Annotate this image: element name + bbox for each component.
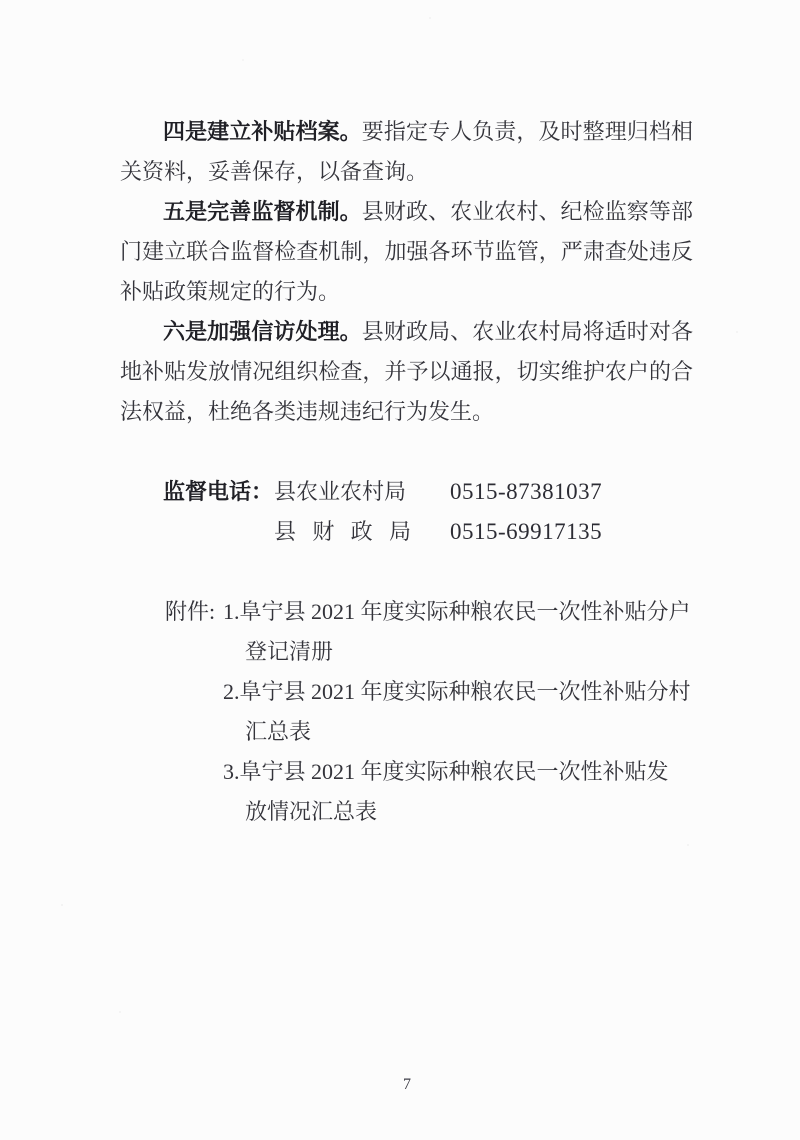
paragraph-five-lead: 五是完善监督机制。: [163, 199, 362, 224]
supervision-row-finance: 县财政局 0515-69917135: [120, 512, 693, 552]
department-name-finance: 县财政局: [274, 512, 411, 552]
document-body: 四是建立补贴档案。要指定专人负责，及时整理归档相关资料，妥善保存，以备查询。 五…: [120, 112, 693, 832]
attachments-label: 附件:: [165, 592, 215, 632]
attachments-block: 附件: 1.阜宁县 2021 年度实际种粮农民一次性补贴分户 登记清册 2.阜宁…: [120, 592, 693, 832]
supervision-row-agriculture: 监督电话： 县农业农村局 0515-87381037: [120, 472, 693, 512]
attachments-list: 1.阜宁县 2021 年度实际种粮农民一次性补贴分户 登记清册 2.阜宁县 20…: [223, 592, 693, 832]
attachment-1-line-1: 1.阜宁县 2021 年度实际种粮农民一次性补贴分户: [223, 592, 693, 632]
attachment-2-line-2: 汇总表: [223, 712, 693, 752]
attachment-3-line-2: 放情况汇总表: [223, 792, 693, 832]
attachment-item-1: 1.阜宁县 2021 年度实际种粮农民一次性补贴分户 登记清册: [223, 592, 693, 672]
paragraph-six-lead: 六是加强信访处理。: [163, 319, 362, 344]
attachment-1-line-2: 登记清册: [223, 632, 693, 672]
supervision-phone-label: 监督电话：: [163, 472, 273, 512]
paragraph-item-six: 六是加强信访处理。县财政局、农业农村局将适时对各地补贴发放情况组织检查，并予以通…: [120, 312, 693, 432]
phone-number-finance: 0515-69917135: [450, 512, 602, 552]
paragraph-four-lead: 四是建立补贴档案。: [163, 119, 362, 144]
supervision-phone-block: 监督电话： 县农业农村局 0515-87381037 县财政局 0515-699…: [120, 472, 693, 552]
attachment-item-3: 3.阜宁县 2021 年度实际种粮农民一次性补贴发 放情况汇总表: [223, 752, 693, 832]
paragraph-item-four: 四是建立补贴档案。要指定专人负责，及时整理归档相关资料，妥善保存，以备查询。: [120, 112, 693, 192]
attachment-2-line-1: 2.阜宁县 2021 年度实际种粮农民一次性补贴分村: [223, 672, 693, 712]
attachment-3-line-1: 3.阜宁县 2021 年度实际种粮农民一次性补贴发: [223, 752, 693, 792]
phone-number-agriculture: 0515-87381037: [450, 472, 602, 512]
document-page: 四是建立补贴档案。要指定专人负责，及时整理归档相关资料，妥善保存，以备查询。 五…: [0, 0, 800, 1140]
paragraph-item-five: 五是完善监督机制。县财政、农业农村、纪检监察等部门建立联合监督检查机制，加强各环…: [120, 192, 693, 312]
attachment-item-2: 2.阜宁县 2021 年度实际种粮农民一次性补贴分村 汇总表: [223, 672, 693, 752]
page-number: 7: [0, 1076, 800, 1094]
department-name-agriculture: 县农业农村局: [274, 472, 411, 512]
